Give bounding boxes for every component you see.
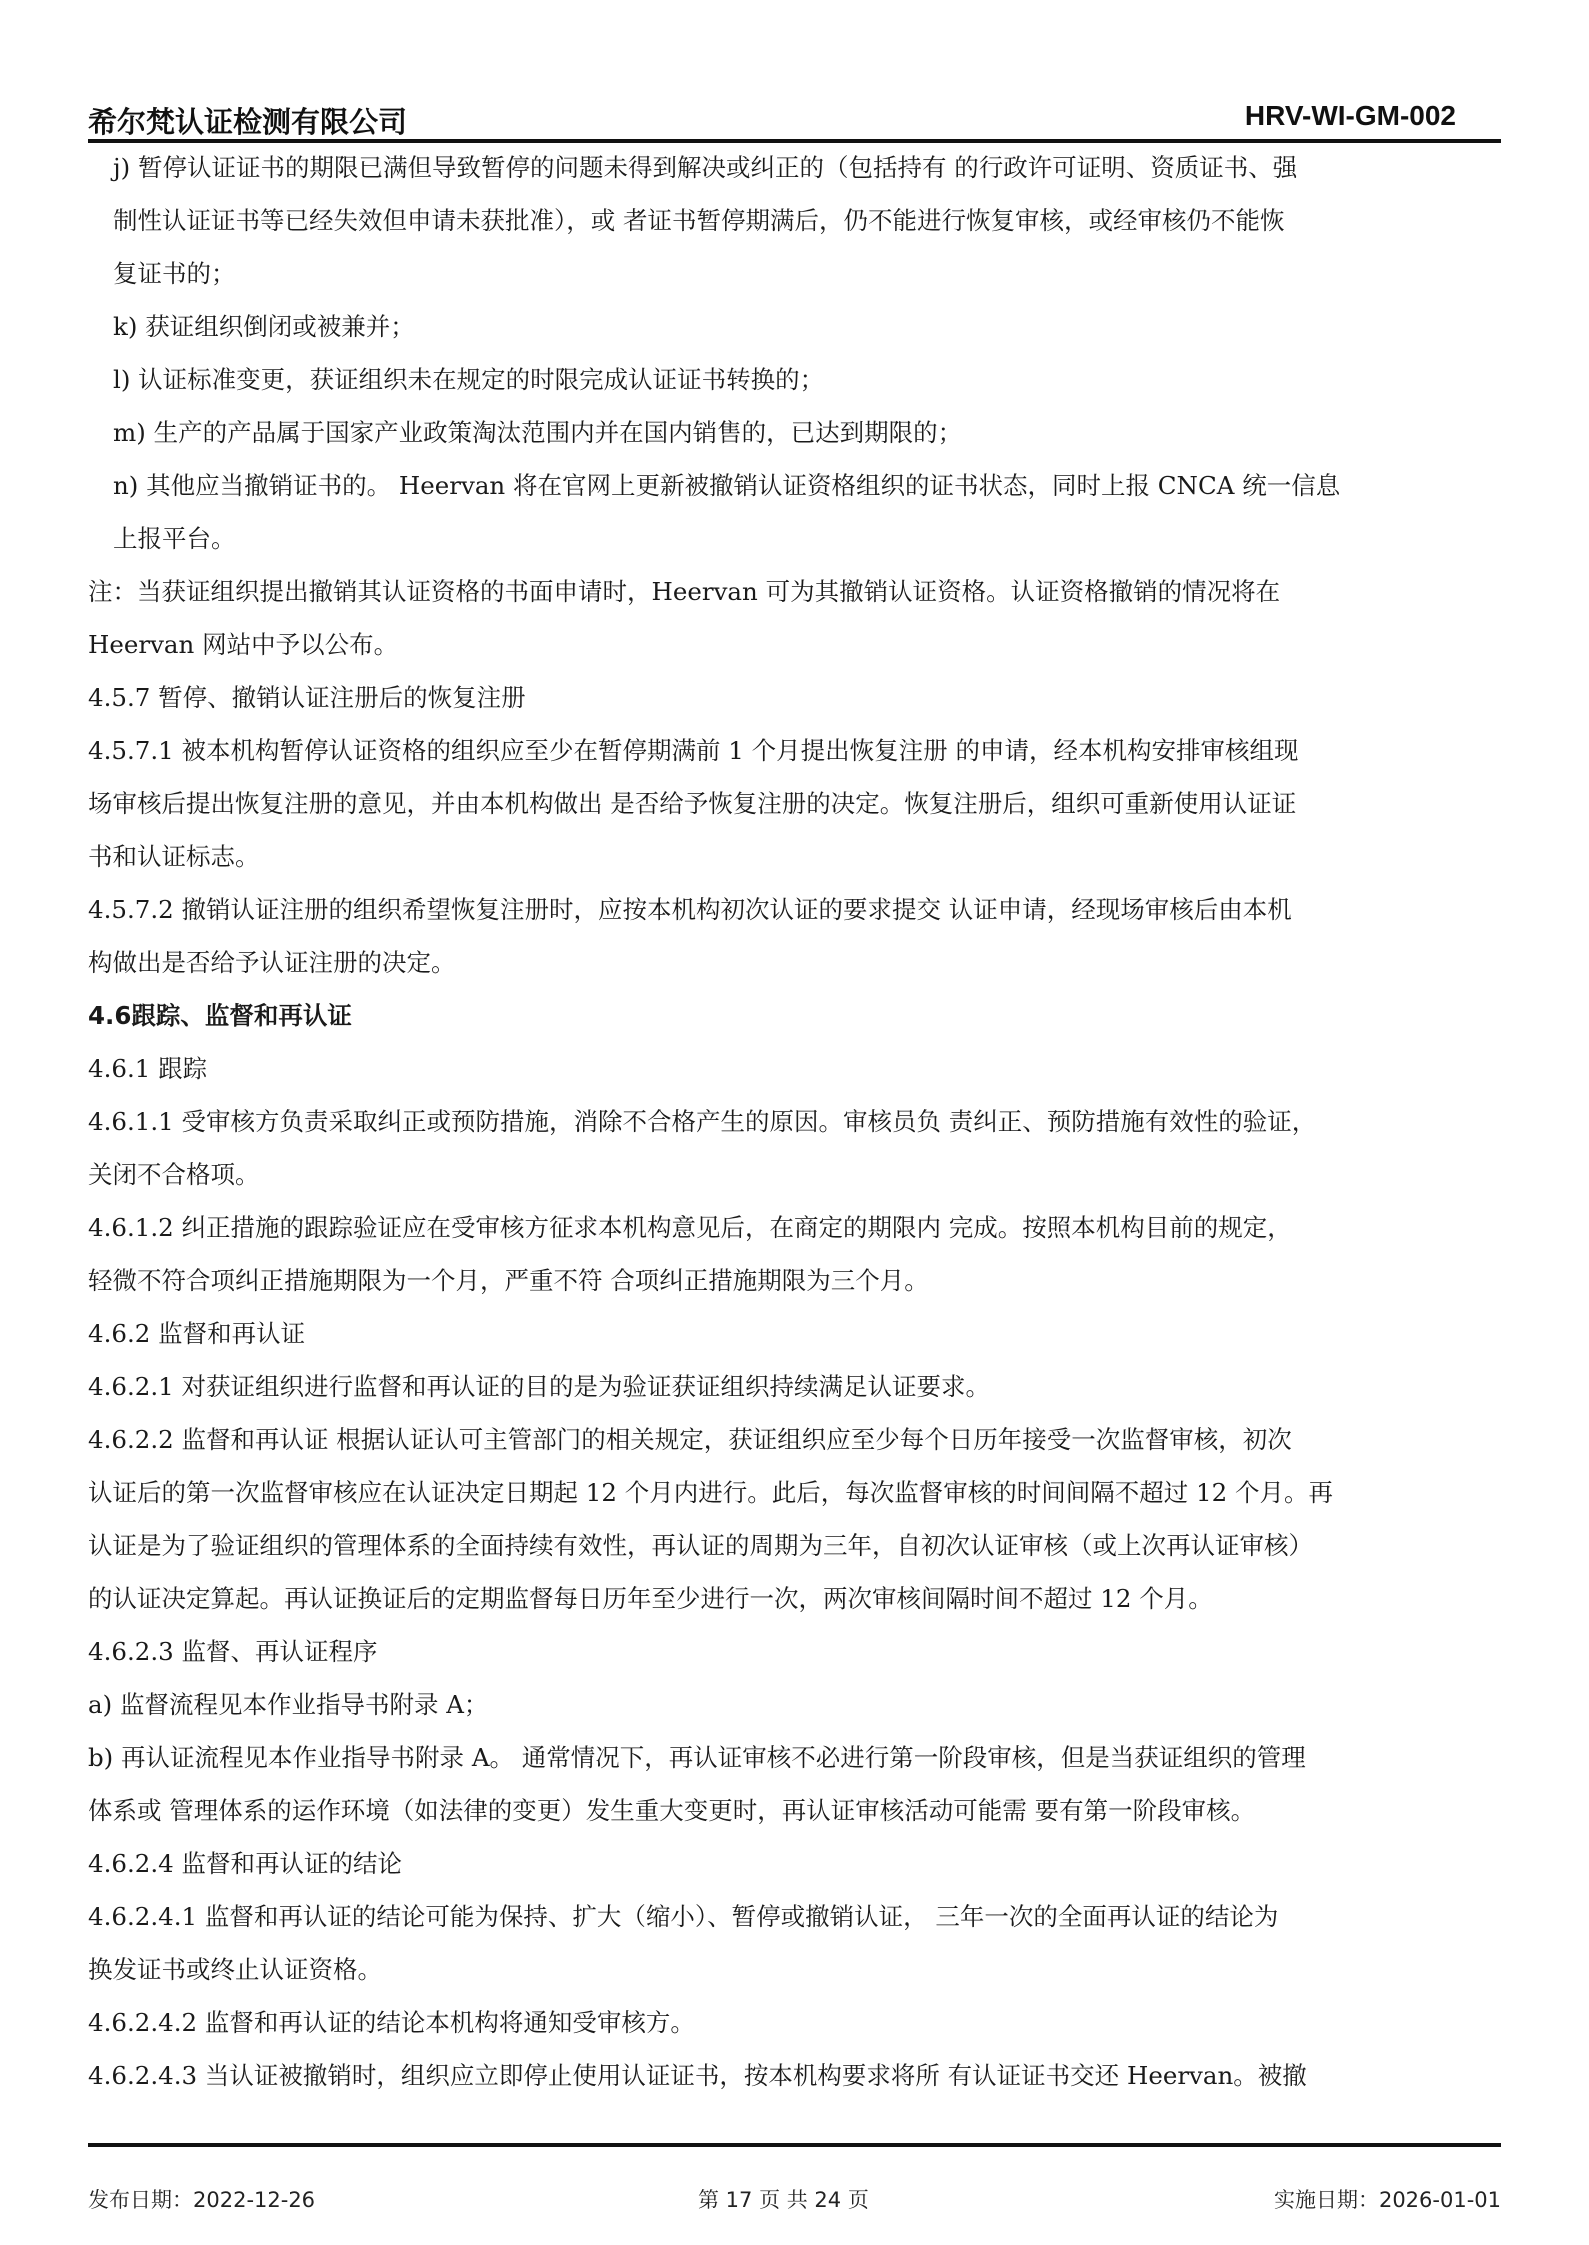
section-heading-4-6: 4.6跟踪、监督和再认证 (88, 989, 1501, 1042)
paragraph-4-6-1-1: 4.6.1.1 受审核方负责采取纠正或预防措施，消除不合格产生的原因。审核员负 … (88, 1095, 1501, 1148)
paragraph-4-5-7-2-cont: 构做出是否给予认证注册的决定。 (88, 936, 1501, 989)
list-item-j: j) 暂停认证证书的期限已满但导致暂停的问题未得到解决或纠正的（包括持有 的行政… (88, 141, 1501, 194)
list-item-j-cont: 制性认证证书等已经失效但申请未获批准），或 者证书暂停期满后，仍不能进行恢复审核… (88, 194, 1501, 247)
paragraph-4-6-2-4-2: 4.6.2.4.2 监督和再认证的结论本机构将通知受审核方。 (88, 1996, 1501, 2049)
paragraph-4-6-2-2-cont: 认证后的第一次监督审核应在认证决定日期起 12 个月内进行。此后，每次监督审核的… (88, 1466, 1501, 1519)
paragraph-4-6-1-2-cont: 轻微不符合项纠正措施期限为一个月，严重不符 合项纠正措施期限为三个月。 (88, 1254, 1501, 1307)
document-body: j) 暂停认证证书的期限已满但导致暂停的问题未得到解决或纠正的（包括持有 的行政… (88, 141, 1501, 2102)
list-item-m: m) 生产的产品属于国家产业政策淘汰范围内并在国内销售的，已达到期限的； (88, 406, 1501, 459)
page-header: 希尔梵认证检测有限公司 HRV-WI-GM-002 (88, 96, 1501, 140)
publish-date: 发布日期：2022-12-26 (88, 2184, 315, 2214)
list-item-j-cont: 复证书的； (88, 247, 1501, 300)
effective-date: 实施日期：2026-01-01 (1274, 2184, 1501, 2214)
paragraph-4-5-7-1-cont: 书和认证标志。 (88, 830, 1501, 883)
paragraph-4-6-1-2: 4.6.1.2 纠正措施的跟踪验证应在受审核方征求本机构意见后，在商定的期限内 … (88, 1201, 1501, 1254)
list-item-b-cont: 体系或 管理体系的运作环境（如法律的变更）发生重大变更时，再认证审核活动可能需 … (88, 1784, 1501, 1837)
paragraph-4-6-2-4-3: 4.6.2.4.3 当认证被撤销时，组织应立即停止使用认证证书，按本机构要求将所… (88, 2049, 1501, 2102)
page-number: 第 17 页 共 24 页 (698, 2184, 869, 2214)
paragraph-4-6-2-2-cont: 认证是为了验证组织的管理体系的全面持续有效性，再认证的周期为三年，自初次认证审核… (88, 1519, 1501, 1572)
paragraph-4-6-1-1-cont: 关闭不合格项。 (88, 1148, 1501, 1201)
list-item-n-cont: 上报平台。 (88, 512, 1501, 565)
note-paragraph-cont: Heervan 网站中予以公布。 (88, 618, 1501, 671)
document-code: HRV-WI-GM-002 (1245, 100, 1456, 132)
paragraph-4-5-7-1: 4.5.7.1 被本机构暂停认证资格的组织应至少在暂停期满前 1 个月提出恢复注… (88, 724, 1501, 777)
note-paragraph: 注：当获证组织提出撤销其认证资格的书面申请时，Heervan 可为其撤销认证资格… (88, 565, 1501, 618)
paragraph-4-6-2-2: 4.6.2.2 监督和再认证 根据认证认可主管部门的相关规定，获证组织应至少每个… (88, 1413, 1501, 1466)
paragraph-4-6-2-1: 4.6.2.1 对获证组织进行监督和再认证的目的是为验证获证组织持续满足认证要求… (88, 1360, 1501, 1413)
document-page: 希尔梵认证检测有限公司 HRV-WI-GM-002 j) 暂停认证证书的期限已满… (0, 0, 1589, 2245)
paragraph-4-6-2-2-cont: 的认证决定算起。再认证换证后的定期监督每日历年至少进行一次，两次审核间隔时间不超… (88, 1572, 1501, 1625)
company-name: 希尔梵认证检测有限公司 (88, 100, 407, 141)
list-item-l: l) 认证标准变更，获证组织未在规定的时限完成认证证书转换的； (88, 353, 1501, 406)
paragraph-4-5-7-2: 4.5.7.2 撤销认证注册的组织希望恢复注册时，应按本机构初次认证的要求提交 … (88, 883, 1501, 936)
section-heading-4-6-2: 4.6.2 监督和再认证 (88, 1307, 1501, 1360)
paragraph-4-6-2-4-1: 4.6.2.4.1 监督和再认证的结论可能为保持、扩大（缩小）、暂停或撤销认证，… (88, 1890, 1501, 1943)
page-footer: 发布日期：2022-12-26 第 17 页 共 24 页 实施日期：2026-… (88, 2184, 1501, 2224)
list-item-n: n) 其他应当撤销证书的。 Heervan 将在官网上更新被撤销认证资格组织的证… (88, 459, 1501, 512)
list-item-a: a) 监督流程见本作业指导书附录 A； (88, 1678, 1501, 1731)
section-heading-4-6-2-3: 4.6.2.3 监督、再认证程序 (88, 1625, 1501, 1678)
footer-rule (88, 2143, 1501, 2147)
paragraph-4-5-7-1-cont: 场审核后提出恢复注册的意见，并由本机构做出 是否给予恢复注册的决定。恢复注册后，… (88, 777, 1501, 830)
section-heading-4-5-7: 4.5.7 暂停、撤销认证注册后的恢复注册 (88, 671, 1501, 724)
paragraph-4-6-2-4-1-cont: 换发证书或终止认证资格。 (88, 1943, 1501, 1996)
section-heading-4-6-2-4: 4.6.2.4 监督和再认证的结论 (88, 1837, 1501, 1890)
section-heading-4-6-1: 4.6.1 跟踪 (88, 1042, 1501, 1095)
list-item-b: b) 再认证流程见本作业指导书附录 A。 通常情况下，再认证审核不必进行第一阶段… (88, 1731, 1501, 1784)
list-item-k: k) 获证组织倒闭或被兼并； (88, 300, 1501, 353)
